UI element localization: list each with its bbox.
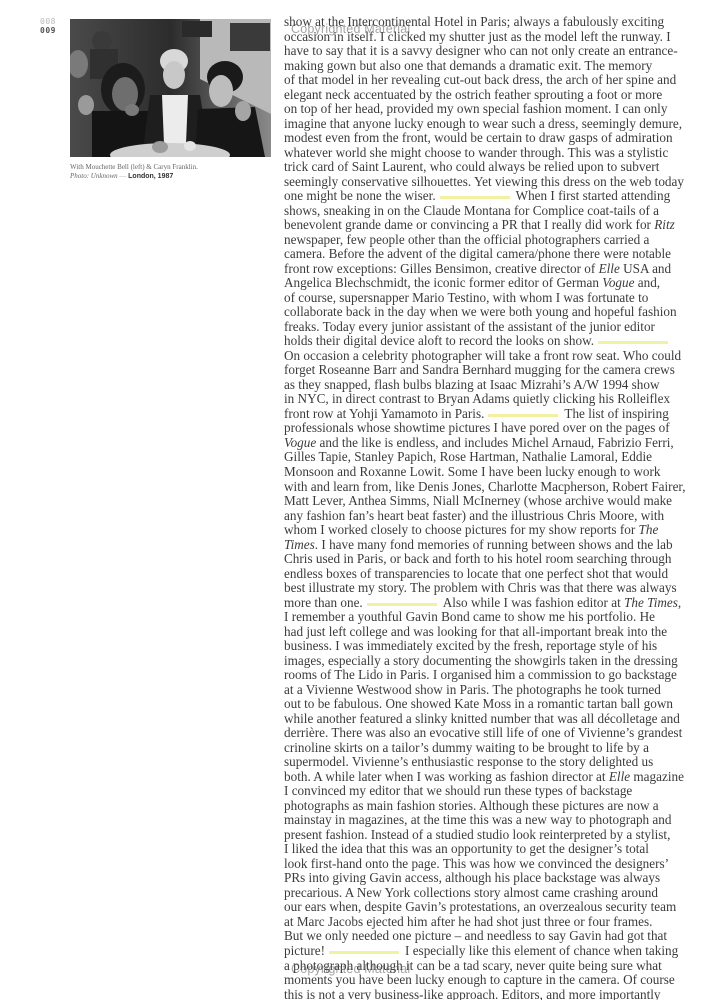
- caption-text: With Mouchette Bell (left) & Caryn Frank…: [70, 163, 198, 171]
- body-line: endless boxes of transparencies to locat…: [284, 567, 704, 582]
- line-text: and,: [634, 275, 660, 290]
- body-line: I remember a youthful Gavin Bond came to…: [284, 610, 704, 625]
- body-line: On occasion a celebrity photographer wil…: [284, 349, 704, 364]
- body-line: derrière. There was also an evocative st…: [284, 726, 704, 741]
- body-line: any fashion fan’s heart beat faster) and…: [284, 509, 704, 524]
- body-line: shows, sneaking in on the Claude Montana…: [284, 204, 704, 219]
- body-line: at Marc Jacobs ejected him after he had …: [284, 915, 704, 930]
- line-text: magazine: [630, 769, 684, 784]
- line-text: Angelica Blechschmidt, the iconic former…: [284, 275, 602, 290]
- body-line: imagine that anyone lucky enough to wear…: [284, 117, 704, 132]
- body-line: Monsoon and Roxanne Lowit. Some I have b…: [284, 465, 704, 480]
- body-line: photographs as main fashion stories. Alt…: [284, 799, 704, 814]
- line-text: ,: [678, 595, 681, 610]
- body-line: forget Roseanne Barr and Sandra Bernhard…: [284, 363, 704, 378]
- body-line: while another featured a slinky knitted …: [284, 712, 704, 727]
- line-text: When I first started attending: [516, 188, 671, 203]
- caption-dash: —: [119, 172, 126, 180]
- body-line: rooms of The Lido in Paris. I organised …: [284, 668, 704, 683]
- line-text: whom I worked closely to choose pictures…: [284, 522, 639, 537]
- body-text: show at the Intercontinental Hotel in Pa…: [284, 15, 704, 1000]
- italic-title: The: [639, 522, 659, 537]
- body-line: Matt Lever, Anthea Simms, Niall McInerne…: [284, 494, 704, 509]
- body-line: on top of her head, provided my own spec…: [284, 102, 704, 117]
- body-line: Gilles Tapie, Stanley Papich, Rose Hartm…: [284, 450, 704, 465]
- body-line: in NYC, in direct contrast to Bryan Adam…: [284, 392, 704, 407]
- italic-title: Vogue: [284, 435, 316, 450]
- body-line: seemingly conservative silhouettes. Yet …: [284, 175, 704, 190]
- photo: [70, 19, 271, 157]
- line-text: . I have many fond memories of running b…: [315, 537, 673, 552]
- body-line: holds their digital device aloft to reco…: [284, 334, 704, 349]
- body-line: Chris used in Paris, or back and forth t…: [284, 552, 704, 567]
- body-line: Vogue and the like is endless, and inclu…: [284, 436, 704, 451]
- body-line: elegant neck accentuated by the ostrich …: [284, 88, 704, 103]
- current-page-number: 009: [40, 26, 56, 35]
- line-text: Also while I was fashion editor at: [443, 595, 624, 610]
- body-line: present fashion. Instead of a studied st…: [284, 828, 704, 843]
- body-line: PRs into giving Gavin access, although h…: [284, 871, 704, 886]
- body-line: I liked the idea that this was an opport…: [284, 842, 704, 857]
- line-text: I especially like this element of chance…: [405, 943, 678, 958]
- line-text: picture!: [284, 943, 325, 958]
- line-text: USA and: [620, 261, 671, 276]
- body-line: precarious. A New York collections story…: [284, 886, 704, 901]
- line-text: more than one.: [284, 595, 363, 610]
- body-line: show at the Intercontinental Hotel in Pa…: [284, 15, 704, 30]
- line-text: front row exceptions: Gilles Bensimon, c…: [284, 261, 599, 276]
- body-line: one might be none the wiser.When I first…: [284, 189, 704, 204]
- body-line: whom I worked closely to choose pictures…: [284, 523, 704, 538]
- body-line: mainstay in magazines, at the time this …: [284, 813, 704, 828]
- body-line: business. I was immediately excited by t…: [284, 639, 704, 654]
- body-line: images, especially a story documenting t…: [284, 654, 704, 669]
- body-line: of that model in her revealing cut-out b…: [284, 73, 704, 88]
- section-separator-mark: [598, 341, 668, 344]
- body-line: out to be fabulous. One showed Kate Moss…: [284, 697, 704, 712]
- italic-title: Elle: [599, 261, 620, 276]
- line-text: both. A while later when I was working a…: [284, 769, 609, 784]
- body-line: But we only needed one picture – and nee…: [284, 929, 704, 944]
- body-line: crinoline skirts on a tailor’s dummy wai…: [284, 741, 704, 756]
- line-text: holds their digital device aloft to reco…: [284, 333, 594, 348]
- body-line: making gown but also one that demands a …: [284, 59, 704, 74]
- body-line: of course, supersnapper Mario Testino, w…: [284, 291, 704, 306]
- previous-page-number: 008: [40, 17, 56, 26]
- body-line: professionals whose showtime pictures I …: [284, 421, 704, 436]
- body-line: collaborate back in the day when we were…: [284, 305, 704, 320]
- italic-title: Ritz: [654, 217, 675, 232]
- body-line: newspaper, few people other than the off…: [284, 233, 704, 248]
- body-line: benevolent grande dame or convincing a P…: [284, 218, 704, 233]
- line-text: front row at Yohji Yamamoto in Paris.: [284, 406, 484, 421]
- body-line: Times. I have many fond memories of runn…: [284, 538, 704, 553]
- body-line: a photograph although it can be a tad sc…: [284, 959, 704, 974]
- body-line: look first-hand onto the page. This was …: [284, 857, 704, 872]
- body-line: our ears when, despite Gavin’s protestat…: [284, 900, 704, 915]
- italic-title: Times: [284, 537, 315, 552]
- body-line: modest even from the front, would be cer…: [284, 131, 704, 146]
- body-line: best illustrate my story. The problem wi…: [284, 581, 704, 596]
- line-text: The list of inspiring: [564, 406, 668, 421]
- body-line: trick card of Saint Laurent, who could a…: [284, 160, 704, 175]
- body-line: occasion in itself. I clicked my shutter…: [284, 30, 704, 45]
- line-text: benevolent grande dame or convincing a P…: [284, 217, 654, 232]
- page-numbers: 008 009: [40, 17, 56, 35]
- body-line: as they snapped, flash bulbs blazing at …: [284, 378, 704, 393]
- body-line: whatever world she might choose to wande…: [284, 146, 704, 161]
- body-line: supermodel. Vivienne’s enthusiastic resp…: [284, 755, 704, 770]
- italic-title: The Times: [624, 595, 678, 610]
- body-line: picture!I especially like this element o…: [284, 944, 704, 959]
- body-line: this is not a very business-like approac…: [284, 988, 704, 1000]
- body-line: moments you have been lucky enough to ca…: [284, 973, 704, 988]
- body-line: camera. Before the advent of the digital…: [284, 247, 704, 262]
- body-line: freaks. Today every junior assistant of …: [284, 320, 704, 335]
- photo-credit: Photo: Unknown: [70, 172, 118, 180]
- caption-place-date: London, 1987: [128, 173, 173, 180]
- italic-title: Vogue: [602, 275, 634, 290]
- section-separator-mark: [367, 603, 437, 606]
- line-text: one might be none the wiser.: [284, 188, 436, 203]
- photo-caption: With Mouchette Bell (left) & Caryn Frank…: [70, 163, 280, 181]
- line-text: and the like is endless, and includes Mi…: [316, 435, 673, 450]
- body-line: both. A while later when I was working a…: [284, 770, 704, 785]
- photo-image: [70, 19, 271, 157]
- section-separator-mark: [488, 414, 558, 417]
- body-line: have to say that it is a savvy designer …: [284, 44, 704, 59]
- body-line: with and learn from, like Denis Jones, C…: [284, 480, 704, 495]
- section-separator-mark: [440, 196, 510, 199]
- body-line: more than one.Also while I was fashion e…: [284, 596, 704, 611]
- body-line: Angelica Blechschmidt, the iconic former…: [284, 276, 704, 291]
- body-line: front row at Yohji Yamamoto in Paris.The…: [284, 407, 704, 422]
- section-separator-mark: [329, 951, 399, 954]
- body-line: had just left college and was looking fo…: [284, 625, 704, 640]
- body-line: at a Vivienne Westwood show in Paris. Th…: [284, 683, 704, 698]
- body-line: I convinced my editor that we should run…: [284, 784, 704, 799]
- italic-title: Elle: [609, 769, 630, 784]
- body-line: front row exceptions: Gilles Bensimon, c…: [284, 262, 704, 277]
